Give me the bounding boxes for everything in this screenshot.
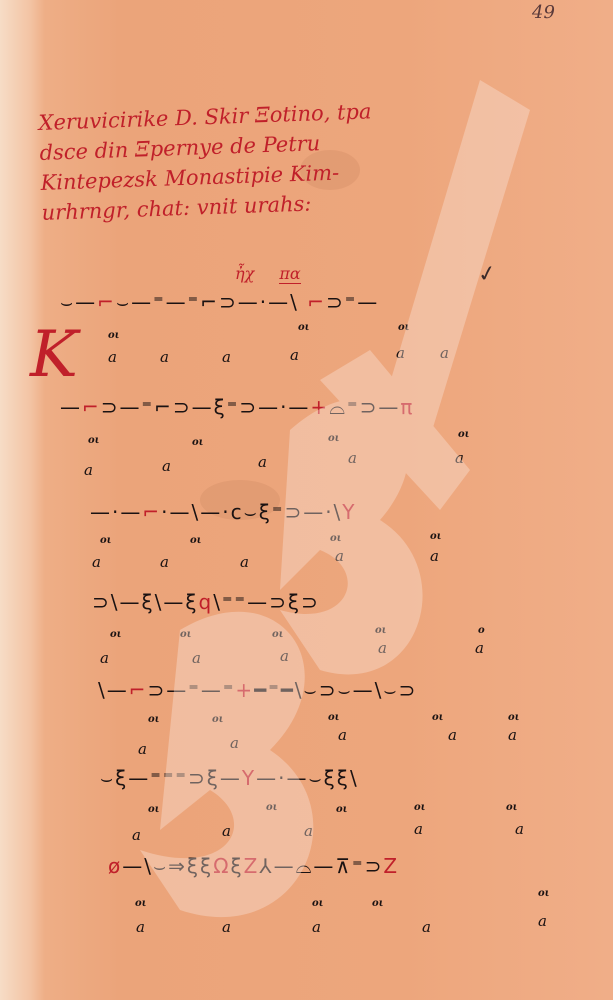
syllable: a: [240, 553, 249, 571]
oi-mark: οι: [375, 625, 387, 636]
oi-mark: οι: [508, 712, 520, 723]
oi-mark: οι: [180, 629, 192, 640]
syllable: a: [160, 553, 169, 571]
oi-mark: οι: [108, 330, 120, 341]
oi-mark: οι: [328, 433, 340, 444]
syllable: a: [448, 726, 457, 744]
mode-signature: ἦχ πα: [235, 264, 321, 283]
oi-mark: οι: [110, 629, 122, 640]
oi-mark: οι: [430, 531, 442, 542]
syllable: a: [108, 348, 117, 366]
syllable: a: [136, 918, 145, 936]
syllable: a: [515, 820, 524, 838]
neume-line: —⌐⊃—⁼⌐⊃—ξ⁼⊃—·—+⌓⁼⊃—π: [60, 395, 414, 425]
syllable: a: [538, 912, 547, 930]
oi-mark: οι: [414, 802, 426, 813]
syllable: a: [430, 547, 439, 565]
syllable: a: [222, 348, 231, 366]
manuscript-page: 49 Xeruvicirike D. Skir Ξotino, tpa dsce…: [0, 0, 613, 1000]
syllable: a: [396, 344, 405, 362]
folio-number: 49: [532, 2, 555, 23]
mode-pa: πα: [279, 264, 300, 284]
syllable: a: [475, 639, 484, 657]
oi-mark: οι: [372, 898, 384, 909]
oi-mark: οι: [458, 429, 470, 440]
syllable: a: [312, 918, 321, 936]
oi-mark: οι: [192, 437, 204, 448]
neume-line: ⊃\—ξ\—ξq\⁼⁼—⊃ξ⊃: [92, 590, 320, 620]
oi-mark: οι: [312, 898, 324, 909]
oi-mark: οι: [100, 535, 112, 546]
syllable: a: [84, 461, 93, 479]
syllable: a: [455, 449, 464, 467]
syllable: a: [192, 649, 201, 667]
syllable: a: [290, 346, 299, 364]
syllable: a: [378, 639, 387, 657]
oi-mark: ο: [478, 625, 485, 636]
oi-mark: οι: [336, 804, 348, 815]
mode-echos: ἦχ: [235, 264, 254, 283]
neume-line: ⌣—⌐⌣—⁼—⁼⌐⊃—·—\ ⌐⊃⁼—: [60, 290, 379, 320]
oi-mark: οι: [190, 535, 202, 546]
oi-mark: οι: [538, 888, 550, 899]
oi-mark: οι: [148, 714, 160, 725]
syllable: a: [414, 820, 423, 838]
oi-mark: οι: [328, 712, 340, 723]
illuminated-initial: K: [30, 318, 78, 392]
syllable: a: [338, 726, 347, 744]
syllable: a: [132, 826, 141, 844]
syllable: a: [92, 553, 101, 571]
syllable: a: [508, 726, 517, 744]
check-mark-icon: ✓: [476, 261, 498, 289]
syllable: a: [162, 457, 171, 475]
neume-line: \—⌐⊃—⁼—⁼+━⁼━\⌣⊃⌣—\⌣⊃: [98, 678, 417, 708]
syllable: a: [422, 918, 431, 936]
syllable: a: [335, 547, 344, 565]
oi-mark: οι: [135, 898, 147, 909]
syllable: a: [160, 348, 169, 366]
syllable: a: [100, 649, 109, 667]
syllable: a: [222, 918, 231, 936]
neume-line: —·—⌐·—\—·c⌣ξ⁼⊃—·\Y: [90, 500, 357, 530]
oi-mark: οι: [148, 804, 160, 815]
oi-mark: οι: [432, 712, 444, 723]
syllable: a: [440, 344, 449, 362]
syllable: a: [230, 734, 239, 752]
oi-mark: οι: [272, 629, 284, 640]
oi-mark: οι: [298, 322, 310, 333]
oi-mark: οι: [330, 533, 342, 544]
oi-mark: οι: [88, 435, 100, 446]
oi-mark: οι: [506, 802, 518, 813]
syllable: a: [280, 647, 289, 665]
syllable: a: [222, 822, 231, 840]
syllable: a: [258, 453, 267, 471]
neume-line: ⌣ξ—⁼⁼⁼⊃ξ—Y—·—⌣ξξ\: [100, 766, 359, 796]
syllable: a: [348, 449, 357, 467]
oi-mark: οι: [266, 802, 278, 813]
neume-line: ø—\⌣⇒ξξΩξZ⅄—⌓—⊼⁼⊃Z: [108, 854, 399, 884]
rubric-title: Xeruvicirike D. Skir Ξotino, tpa dsce di…: [38, 92, 512, 228]
syllable: a: [304, 822, 313, 840]
oi-mark: οι: [398, 322, 410, 333]
oi-mark: οι: [212, 714, 224, 725]
syllable: a: [138, 740, 147, 758]
